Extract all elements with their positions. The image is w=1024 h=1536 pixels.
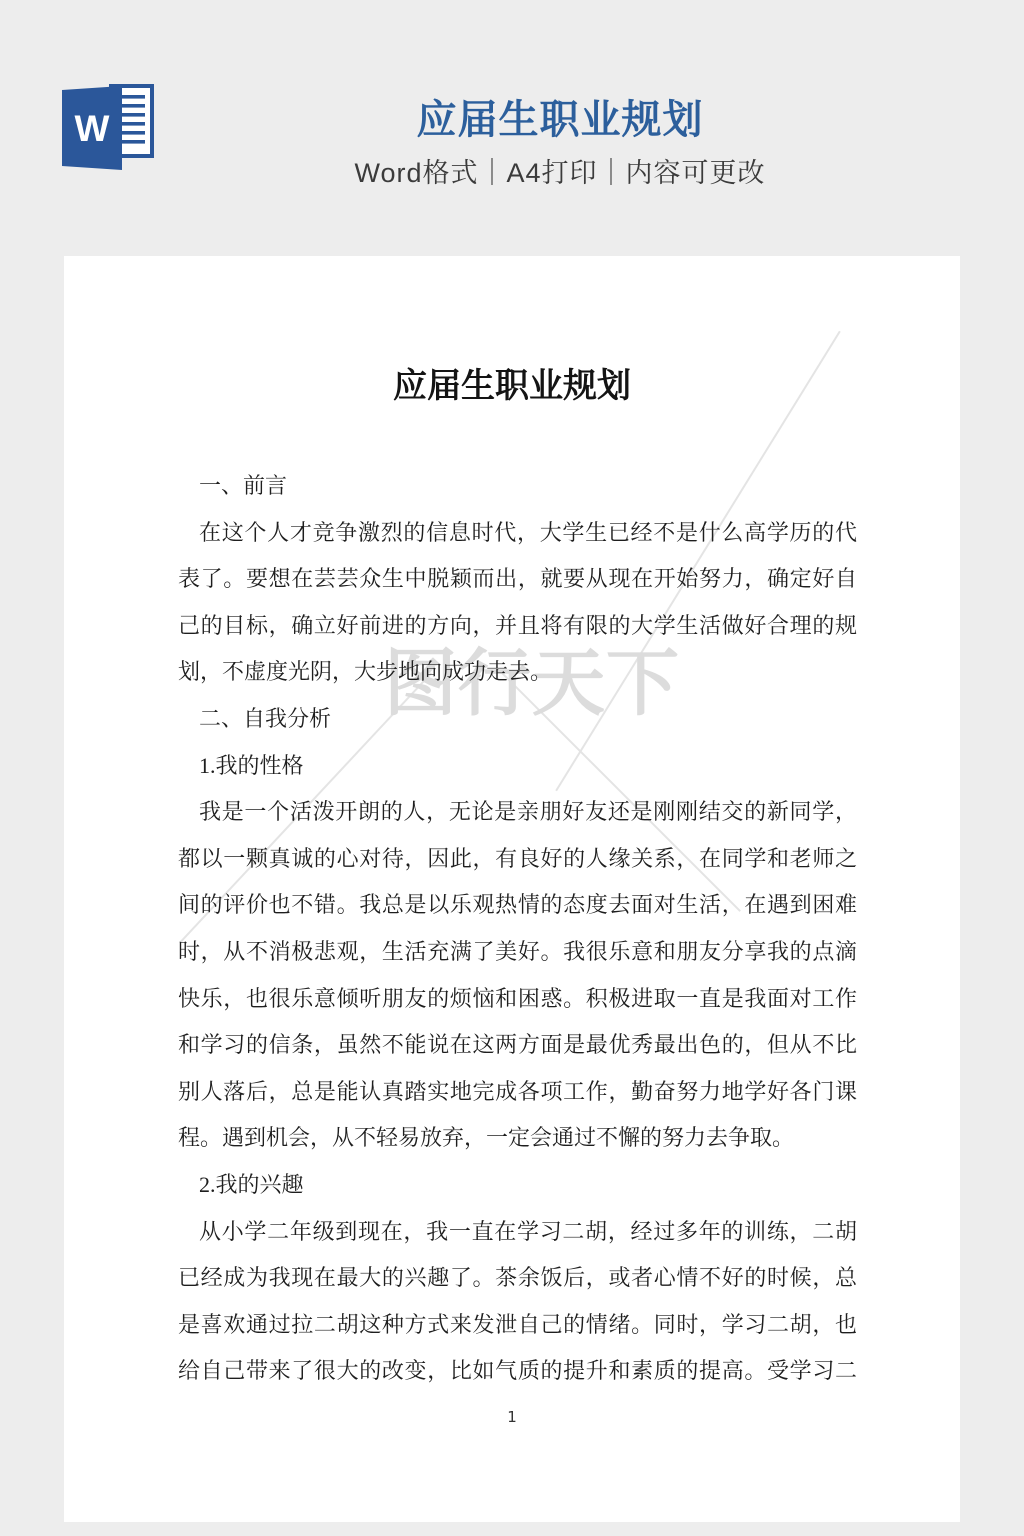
document-line: 表了。要想在芸芸众生中脱颖而出，就要从现在开始努力，确定好自 [178, 556, 857, 603]
page-number: 1 [64, 1408, 960, 1426]
document-body: 一、前言在这个人才竞争激烈的信息时代，大学生已经不是什么高学历的代表了。要想在芸… [178, 463, 857, 1395]
document-line: 我是一个活泼开朗的人，无论是亲朋好友还是刚刚结交的新同学， [178, 789, 857, 836]
document-line: 从小学二年级到现在，我一直在学习二胡，经过多年的训练，二胡 [178, 1209, 857, 1256]
preview-title: 应届生职业规划 [96, 96, 1024, 144]
document-line: 2.我的兴趣 [178, 1162, 857, 1209]
document-page: 图行天下 应届生职业规划 一、前言在这个人才竞争激烈的信息时代，大学生已经不是什… [64, 256, 960, 1522]
document-line: 己的目标，确立好前进的方向，并且将有限的大学生活做好合理的规 [178, 603, 857, 650]
document-line: 1.我的性格 [178, 743, 857, 790]
document-line: 在这个人才竞争激烈的信息时代，大学生已经不是什么高学历的代 [178, 510, 857, 557]
document-line: 二、自我分析 [178, 696, 857, 743]
document-line: 都以一颗真诚的心对待，因此，有良好的人缘关系，在同学和老师之 [178, 836, 857, 883]
header-text-block: 应届生职业规划 Word格式｜A4打印｜内容可更改 [96, 96, 1024, 189]
document-line: 时，从不消极悲观，生活充满了美好。我很乐意和朋友分享我的点滴 [178, 929, 857, 976]
document-line: 别人落后，总是能认真踏实地完成各项工作，勤奋努力地学好各门课 [178, 1069, 857, 1116]
document-line: 间的评价也不错。我总是以乐观热情的态度去面对生活，在遇到困难 [178, 882, 857, 929]
document-line: 快乐，也很乐意倾听朋友的烦恼和困惑。积极进取一直是我面对工作 [178, 976, 857, 1023]
preview-subtitle: Word格式｜A4打印｜内容可更改 [96, 157, 1024, 189]
document-line: 是喜欢通过拉二胡这种方式来发泄自己的情绪。同时，学习二胡，也 [178, 1302, 857, 1349]
document-line: 一、前言 [178, 463, 857, 510]
document-line: 程。遇到机会，从不轻易放弃，一定会通过不懈的努力去争取。 [178, 1115, 857, 1162]
document-line: 划，不虚度光阴，大步地向成功走去。 [178, 649, 857, 696]
document-line: 给自己带来了很大的改变，比如气质的提升和素质的提高。受学习二 [178, 1348, 857, 1395]
document-line: 已经成为我现在最大的兴趣了。茶余饭后，或者心情不好的时候，总 [178, 1255, 857, 1302]
document-line: 和学习的信条，虽然不能说在这两方面是最优秀最出色的，但从不比 [178, 1022, 857, 1069]
document-title: 应届生职业规划 [64, 364, 960, 410]
template-preview-page: W 应届生职业规划 Word格式｜A4打印｜内容可更改 图行天下 应届生职业规划… [0, 0, 1024, 1536]
preview-header: W 应届生职业规划 Word格式｜A4打印｜内容可更改 [0, 0, 1024, 256]
